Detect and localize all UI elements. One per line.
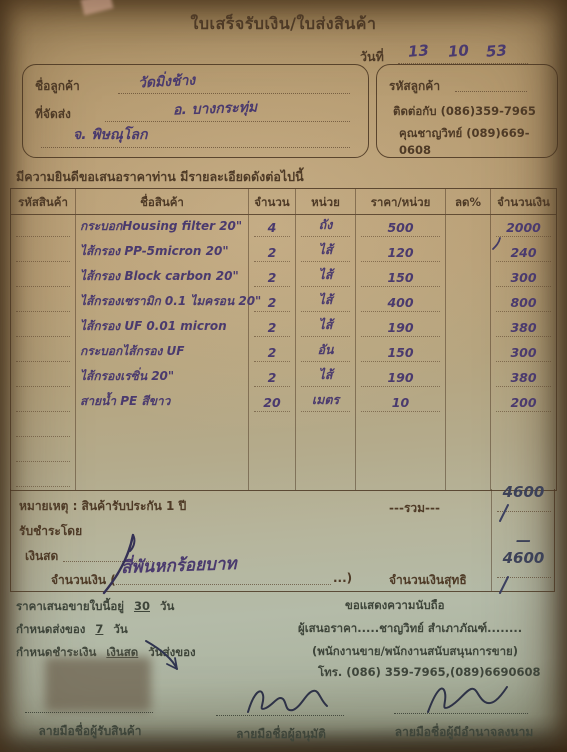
intro-line: มีความยินดีขอเสนอราคาท่าน มีรายละเอียดดั… <box>16 167 304 187</box>
delivery-label: ที่จัดส่ง <box>35 105 71 124</box>
address-line-2 <box>41 147 350 148</box>
signature-label-authorized: ลายมือชื่อผู้มีอำนาจลงนาม <box>384 723 544 742</box>
no-discount-dash: — <box>491 531 556 549</box>
customer-name-label: ชื่อลูกค้า <box>35 77 80 96</box>
approver-signature <box>248 691 327 712</box>
header-amount: จำนวนเงิน <box>491 189 556 214</box>
date-label: วันที่ <box>360 47 384 67</box>
table-row: ไส้กรอง UF 0.01 micron 2 ไส้ 190 380 <box>11 315 556 340</box>
total-line <box>497 511 551 512</box>
address-line-1 <box>105 121 350 122</box>
page-title: ใบเสร็จรับเงิน/ใบส่งสินค้า <box>0 12 567 37</box>
total-value: 4600 <box>491 483 556 501</box>
table-row-empty <box>11 415 556 440</box>
receipt-photo: ใบเสร็จรับเงิน/ใบส่งสินค้า วันที่ 13 10 … <box>0 0 567 752</box>
table-row: สายน้ำ PE สีขาว 20 เมตร 10 200 <box>11 390 556 415</box>
amount-words-open: จำนวนเงิน ( <box>51 571 116 590</box>
signature-line-approver <box>216 715 344 716</box>
table-row: ไส้กรองเซรามิก 0.1 ไมครอน 20" 2 ไส้ 400 … <box>11 290 556 315</box>
terms-delivery: กำหนดส่งของ7วัน <box>16 621 128 639</box>
table-row: กระบอกHousing filter 20" 4 ถัง 500 2000 <box>11 215 556 240</box>
vendor-contact-phone: ติดต่อกับ (086)359-7965 <box>393 103 536 121</box>
customer-box: ชื่อลูกค้า วัดมิ่งช้าง ที่จัดส่ง อ. บางก… <box>22 64 369 158</box>
vendor-contact-name: คุณชาญวิทย์ (089)669-0608 <box>399 125 557 157</box>
customer-name-value: วัดมิ่งช้าง <box>137 70 195 95</box>
customer-code-line <box>455 91 527 92</box>
vendor-box: รหัสลูกค้า ติดต่อกับ (086)359-7965 คุณชา… <box>376 64 558 158</box>
table-row: กระบอกไส้กรอง UF 2 อัน 150 300 <box>11 340 556 365</box>
customer-code-label: รหัสลูกค้า <box>389 77 440 96</box>
table-row: ไส้กรองเรซิ่น 20" 2 ไส้ 190 380 <box>11 365 556 390</box>
total-label: ---รวม--- <box>389 499 440 518</box>
net-line <box>497 577 551 578</box>
note-line: หมายเหตุ : สินค้ารับประกัน 1 ปี <box>19 497 186 516</box>
signature-line-receiver <box>25 712 153 713</box>
signature-label-receiver: ลายมือชื่อผู้รับสินค้า <box>15 722 165 741</box>
date-year: 53 <box>485 41 507 60</box>
net-label: จำนวนเงินสุทธิ <box>389 571 467 590</box>
items-table: รหัสสินค้า ชื่อสินค้า จำนวน หน่วย ราคา/ห… <box>10 188 557 491</box>
address-value-2: จ. พิษณุโลก <box>73 124 147 146</box>
summary-box: หมายเหตุ : สินค้ารับประกัน 1 ปี ---รวม--… <box>10 489 555 592</box>
address-value-1: อ. บางกระทุ่ม <box>173 97 258 122</box>
paid-by-label: รับชำระโดย <box>19 522 82 541</box>
header-qty: จำนวน <box>249 189 296 214</box>
closing-tel: โทร. (086) 359-7965,(089)6690608 <box>318 664 541 682</box>
signature-label-approver: ลายมือชื่อผู้อนุมัติ <box>206 725 356 744</box>
closing-role: (พนักงานขาย/พนักงานสนับสนุนการขาย) <box>312 643 518 661</box>
authorized-signature <box>428 687 507 712</box>
signature-line-authorized <box>394 713 528 714</box>
table-header-row: รหัสสินค้า ชื่อสินค้า จำนวน หน่วย ราคา/ห… <box>11 189 556 215</box>
closing-quoter: ผู้เสนอราคา.....ชาญวิทย์ สำเภาภัณฑ์.....… <box>298 620 522 638</box>
net-value: 4600 <box>491 549 556 567</box>
amount-words-close: ...) <box>333 571 352 585</box>
header-name: ชื่อสินค้า <box>76 189 249 214</box>
header-price: ราคา/หน่วย <box>356 189 446 214</box>
table-row: ไส้กรอง Block carbon 20" 2 ไส้ 150 300 <box>11 265 556 290</box>
date-day: 13 <box>407 41 429 60</box>
amount-words-line <box>116 584 331 585</box>
date-month: 10 <box>447 41 469 60</box>
table-row-empty <box>11 465 556 490</box>
amount-words-value: สี่พันหกร้อยบาท <box>121 550 237 581</box>
terms-validity: ราคาเสนอขายใบนี้อยู่30วัน <box>16 598 174 616</box>
redacted-area <box>45 657 151 712</box>
cash-label: เงินสด <box>25 547 58 566</box>
header-discount: ลด% <box>446 189 491 214</box>
header-code: รหัสสินค้า <box>11 189 76 214</box>
header-unit: หน่วย <box>296 189 356 214</box>
closing-respect: ขอแสดงความนับถือ <box>345 597 445 615</box>
table-row-empty <box>11 440 556 465</box>
table-row: ไส้กรอง PP-5micron 20" 2 ไส้ 120 240 <box>11 240 556 265</box>
